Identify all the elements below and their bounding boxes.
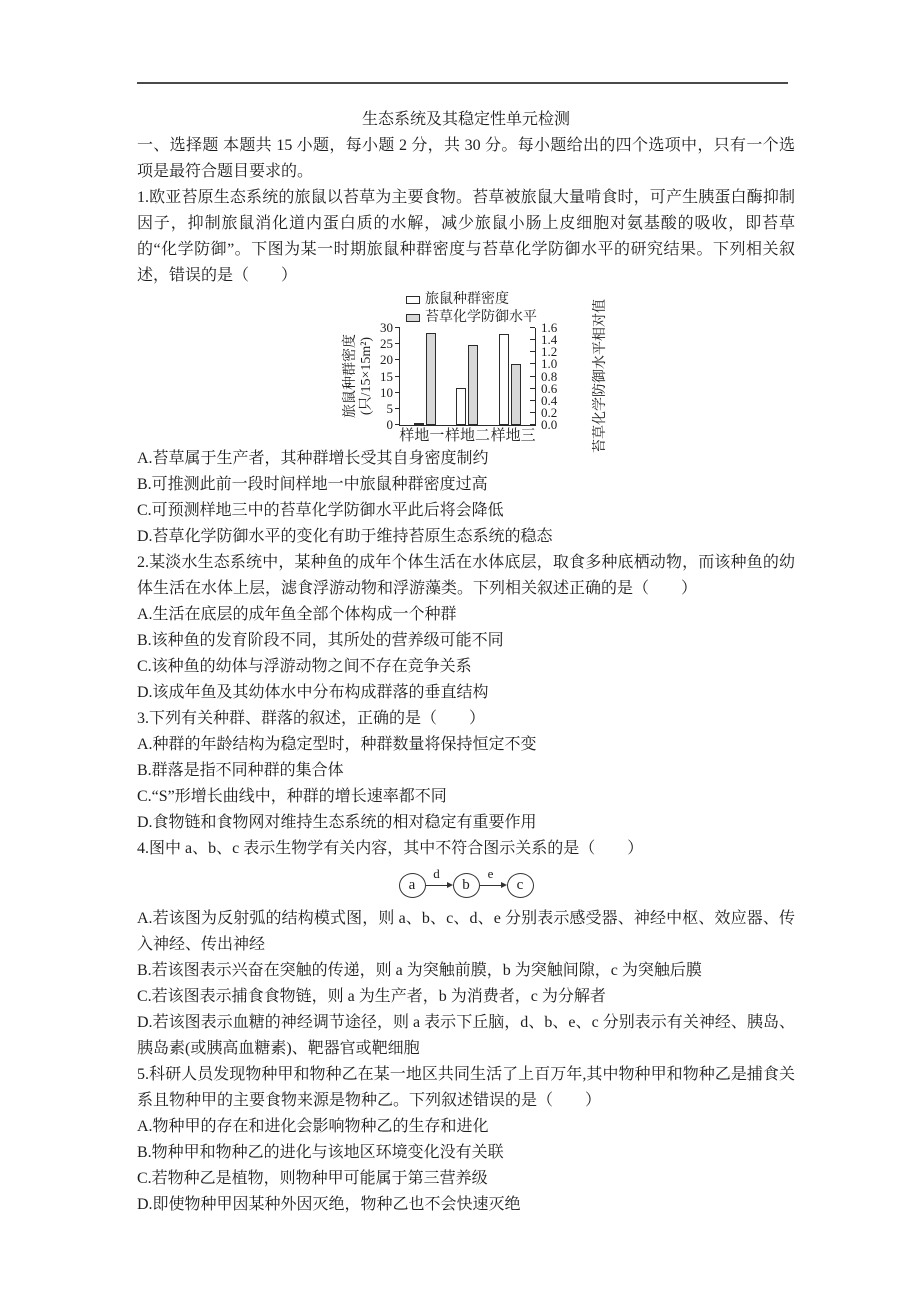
bar-group-样地一 xyxy=(414,333,436,425)
right-tick-label: 0.6 xyxy=(541,382,557,396)
right-tick-label: 0.2 xyxy=(541,406,557,420)
question-5-option-d: D.即使物种甲因某种外因灭绝，物种乙也不会快速灭绝 xyxy=(137,1192,795,1218)
question-5-option-c: C.若物种乙是植物，则物种甲可能属于第三营养级 xyxy=(137,1166,795,1192)
question-1-stem: 1.欧亚苔原生态系统的旅鼠以苔草为主要食物。苔草被旅鼠大量啃食时，可产生胰蛋白酶… xyxy=(137,185,795,289)
question-5-option-a: A.物种甲的存在和进化会影响物种乙的生存和进化 xyxy=(137,1114,795,1140)
right-tick-label: 0.4 xyxy=(541,394,557,408)
diagram-node-b: b xyxy=(453,873,480,898)
left-tick-mark xyxy=(395,343,400,344)
left-tick-mark xyxy=(395,359,400,360)
arrow-head-icon xyxy=(501,882,507,888)
x-category-label: 样地二 xyxy=(445,428,490,444)
abc-relation-diagram: a d b e c xyxy=(137,870,795,900)
question-4-option-d: D.若该图表示血糖的神经调节途径，则 a 表示下丘脑，d、b、e、c 分别表示有… xyxy=(137,1010,795,1062)
question-1-option-b: B.可推测此前一段时间样地一中旅鼠种群密度过高 xyxy=(137,472,795,498)
left-tick-mark xyxy=(395,327,400,328)
bar-苔草化学防御水平-样地一 xyxy=(426,333,436,425)
question-4-option-b: B.若该图表示兴奋在突触的传递，则 a 为突触前膜，b 为突触间隙，c 为突触后… xyxy=(137,958,795,984)
left-tick-label: 25 xyxy=(380,337,393,351)
exam-document: 生态系统及其稳定性单元检测 一、选择题 本题共 15 小题，每小题 2 分，共 … xyxy=(137,106,795,1218)
left-tick-label: 5 xyxy=(387,402,394,416)
diagram-edge-d-label: d xyxy=(426,867,448,880)
question-2-option-c: C.该种鱼的幼体与浮游动物之间不存在竞争关系 xyxy=(137,654,795,680)
bar-旅鼠种群密度-样地三 xyxy=(499,334,509,425)
left-tick-label: 15 xyxy=(380,370,393,384)
page-title: 生态系统及其稳定性单元检测 xyxy=(137,106,795,133)
bar-苔草化学防御水平-样地三 xyxy=(511,364,521,425)
left-axis-label-line2: (只/15×15m²) xyxy=(359,334,375,418)
bar-旅鼠种群密度-样地一 xyxy=(414,423,424,425)
question-3-option-d: D.食物链和食物网对维持生态系统的相对稳定有重要作用 xyxy=(137,810,795,836)
question-4-stem: 4.图中 a、b、c 表示生物学有关内容，其中不符合图示关系的是（ ） xyxy=(137,836,795,862)
legend-label: 旅鼠种群密度 xyxy=(425,292,509,308)
legend-swatch xyxy=(406,314,420,322)
x-category-label: 样地三 xyxy=(491,428,536,444)
question-3-option-b: B.群落是指不同种群的集合体 xyxy=(137,758,795,784)
question-2-option-d: D.该成年鱼及其幼体水中分布构成群落的垂直结构 xyxy=(137,680,795,706)
right-tick-label: 0.8 xyxy=(541,370,557,384)
question-5-option-b: B.物种甲和物种乙的进化与该地区环境变化没有关联 xyxy=(137,1140,795,1166)
bar-group-样地三 xyxy=(499,334,521,425)
right-tick-mark xyxy=(530,327,535,328)
right-tick-mark xyxy=(530,363,535,364)
question-5-stem: 5.科研人员发现物种甲和物种乙在某一地区共同生活了上百万年,其中物种甲和物种乙是… xyxy=(137,1062,795,1114)
chart-plot-area: 0510152025300.00.20.40.60.81.01.21.41.6 xyxy=(399,328,536,426)
right-tick-label: 1.6 xyxy=(541,321,557,335)
diagram-edge-e-label: e xyxy=(480,867,502,880)
bar-group-样地二 xyxy=(456,345,478,425)
bar-旅鼠种群密度-样地二 xyxy=(456,388,466,425)
diagram-edge-e: e xyxy=(480,874,507,897)
arrow-head-icon xyxy=(447,882,453,888)
left-tick-mark xyxy=(395,424,400,425)
legend-swatch xyxy=(406,296,420,304)
legend-label: 苔草化学防御水平 xyxy=(425,310,537,326)
diagram-edge-d: d xyxy=(426,874,453,897)
right-axis-label: 苔草化学防御水平相对值 xyxy=(593,299,609,453)
right-tick-mark xyxy=(530,400,535,401)
arrow-line xyxy=(480,885,502,886)
question-1-option-a: A.苔草属于生产者，其种群增长受其自身密度制约 xyxy=(137,446,795,472)
right-tick-mark xyxy=(530,351,535,352)
left-tick-label: 30 xyxy=(380,321,393,335)
question-2-option-a: A.生活在底层的成年鱼全部个体构成一个种群 xyxy=(137,602,795,628)
question-4-option-c: C.若该图表示捕食食物链，则 a 为生产者，b 为消费者，c 为分解者 xyxy=(137,984,795,1010)
diagram-node-a: a xyxy=(399,873,426,898)
left-tick-label: 10 xyxy=(380,386,393,400)
chart-bars xyxy=(400,328,535,425)
right-tick-label: 0.0 xyxy=(541,418,557,432)
chart-legend: 旅鼠种群密度苔草化学防御水平 xyxy=(406,292,537,328)
right-tick-mark xyxy=(530,424,535,425)
question-3-option-c: C.“S”形增长曲线中，种群的增长速率都不同 xyxy=(137,784,795,810)
right-tick-label: 1.0 xyxy=(541,357,557,371)
question-3-option-a: A.种群的年龄结构为稳定型时，种群数量将保持恒定不变 xyxy=(137,732,795,758)
left-tick-label: 0 xyxy=(387,418,394,432)
right-tick-mark xyxy=(530,412,535,413)
chart-x-labels: 样地一样地二样地三 xyxy=(399,428,536,444)
right-tick-mark xyxy=(530,376,535,377)
left-axis-label: 旅鼠种群密度 (只/15×15m²) xyxy=(343,334,375,418)
left-tick-mark xyxy=(395,408,400,409)
legend-entry: 旅鼠种群密度 xyxy=(406,292,537,308)
question-1-option-d: D.苔草化学防御水平的变化有助于维持苔原生态系统的稳态 xyxy=(137,524,795,550)
left-tick-mark xyxy=(395,376,400,377)
diagram-node-c: c xyxy=(507,873,534,898)
question-2-option-b: B.该种鱼的发育阶段不同，其所处的营养级可能不同 xyxy=(137,628,795,654)
header-rule xyxy=(137,82,788,84)
left-tick-label: 20 xyxy=(380,353,393,367)
section-intro: 一、选择题 本题共 15 小题，每小题 2 分，共 30 分。每小题给出的四个选… xyxy=(137,133,795,185)
legend-entry: 苔草化学防御水平 xyxy=(406,310,537,326)
left-tick-mark xyxy=(395,392,400,393)
right-tick-mark xyxy=(530,388,535,389)
arrow-line xyxy=(426,885,448,886)
question-2-stem: 2.某淡水生态系统中，某种鱼的成年个体生活在水体底层，取食多种底栖动物，而该种鱼… xyxy=(137,550,795,602)
question-4-option-a: A.若该图为反射弧的结构模式图，则 a、b、c、d、e 分别表示感受器、神经中枢… xyxy=(137,906,795,958)
right-tick-label: 1.4 xyxy=(541,333,557,347)
left-axis-label-line1: 旅鼠种群密度 xyxy=(343,334,359,418)
bar-苔草化学防御水平-样地二 xyxy=(468,345,478,425)
right-tick-label: 1.2 xyxy=(541,345,557,359)
lemming-sedge-bar-chart: 旅鼠种群密度苔草化学防御水平 旅鼠种群密度 (只/15×15m²) 051015… xyxy=(345,292,615,444)
x-category-label: 样地一 xyxy=(399,428,444,444)
question-3-stem: 3.下列有关种群、群落的叙述，正确的是（ ） xyxy=(137,706,795,732)
question-1-option-c: C.可预测样地三中的苔草化学防御水平此后将会降低 xyxy=(137,498,795,524)
right-tick-mark xyxy=(530,339,535,340)
